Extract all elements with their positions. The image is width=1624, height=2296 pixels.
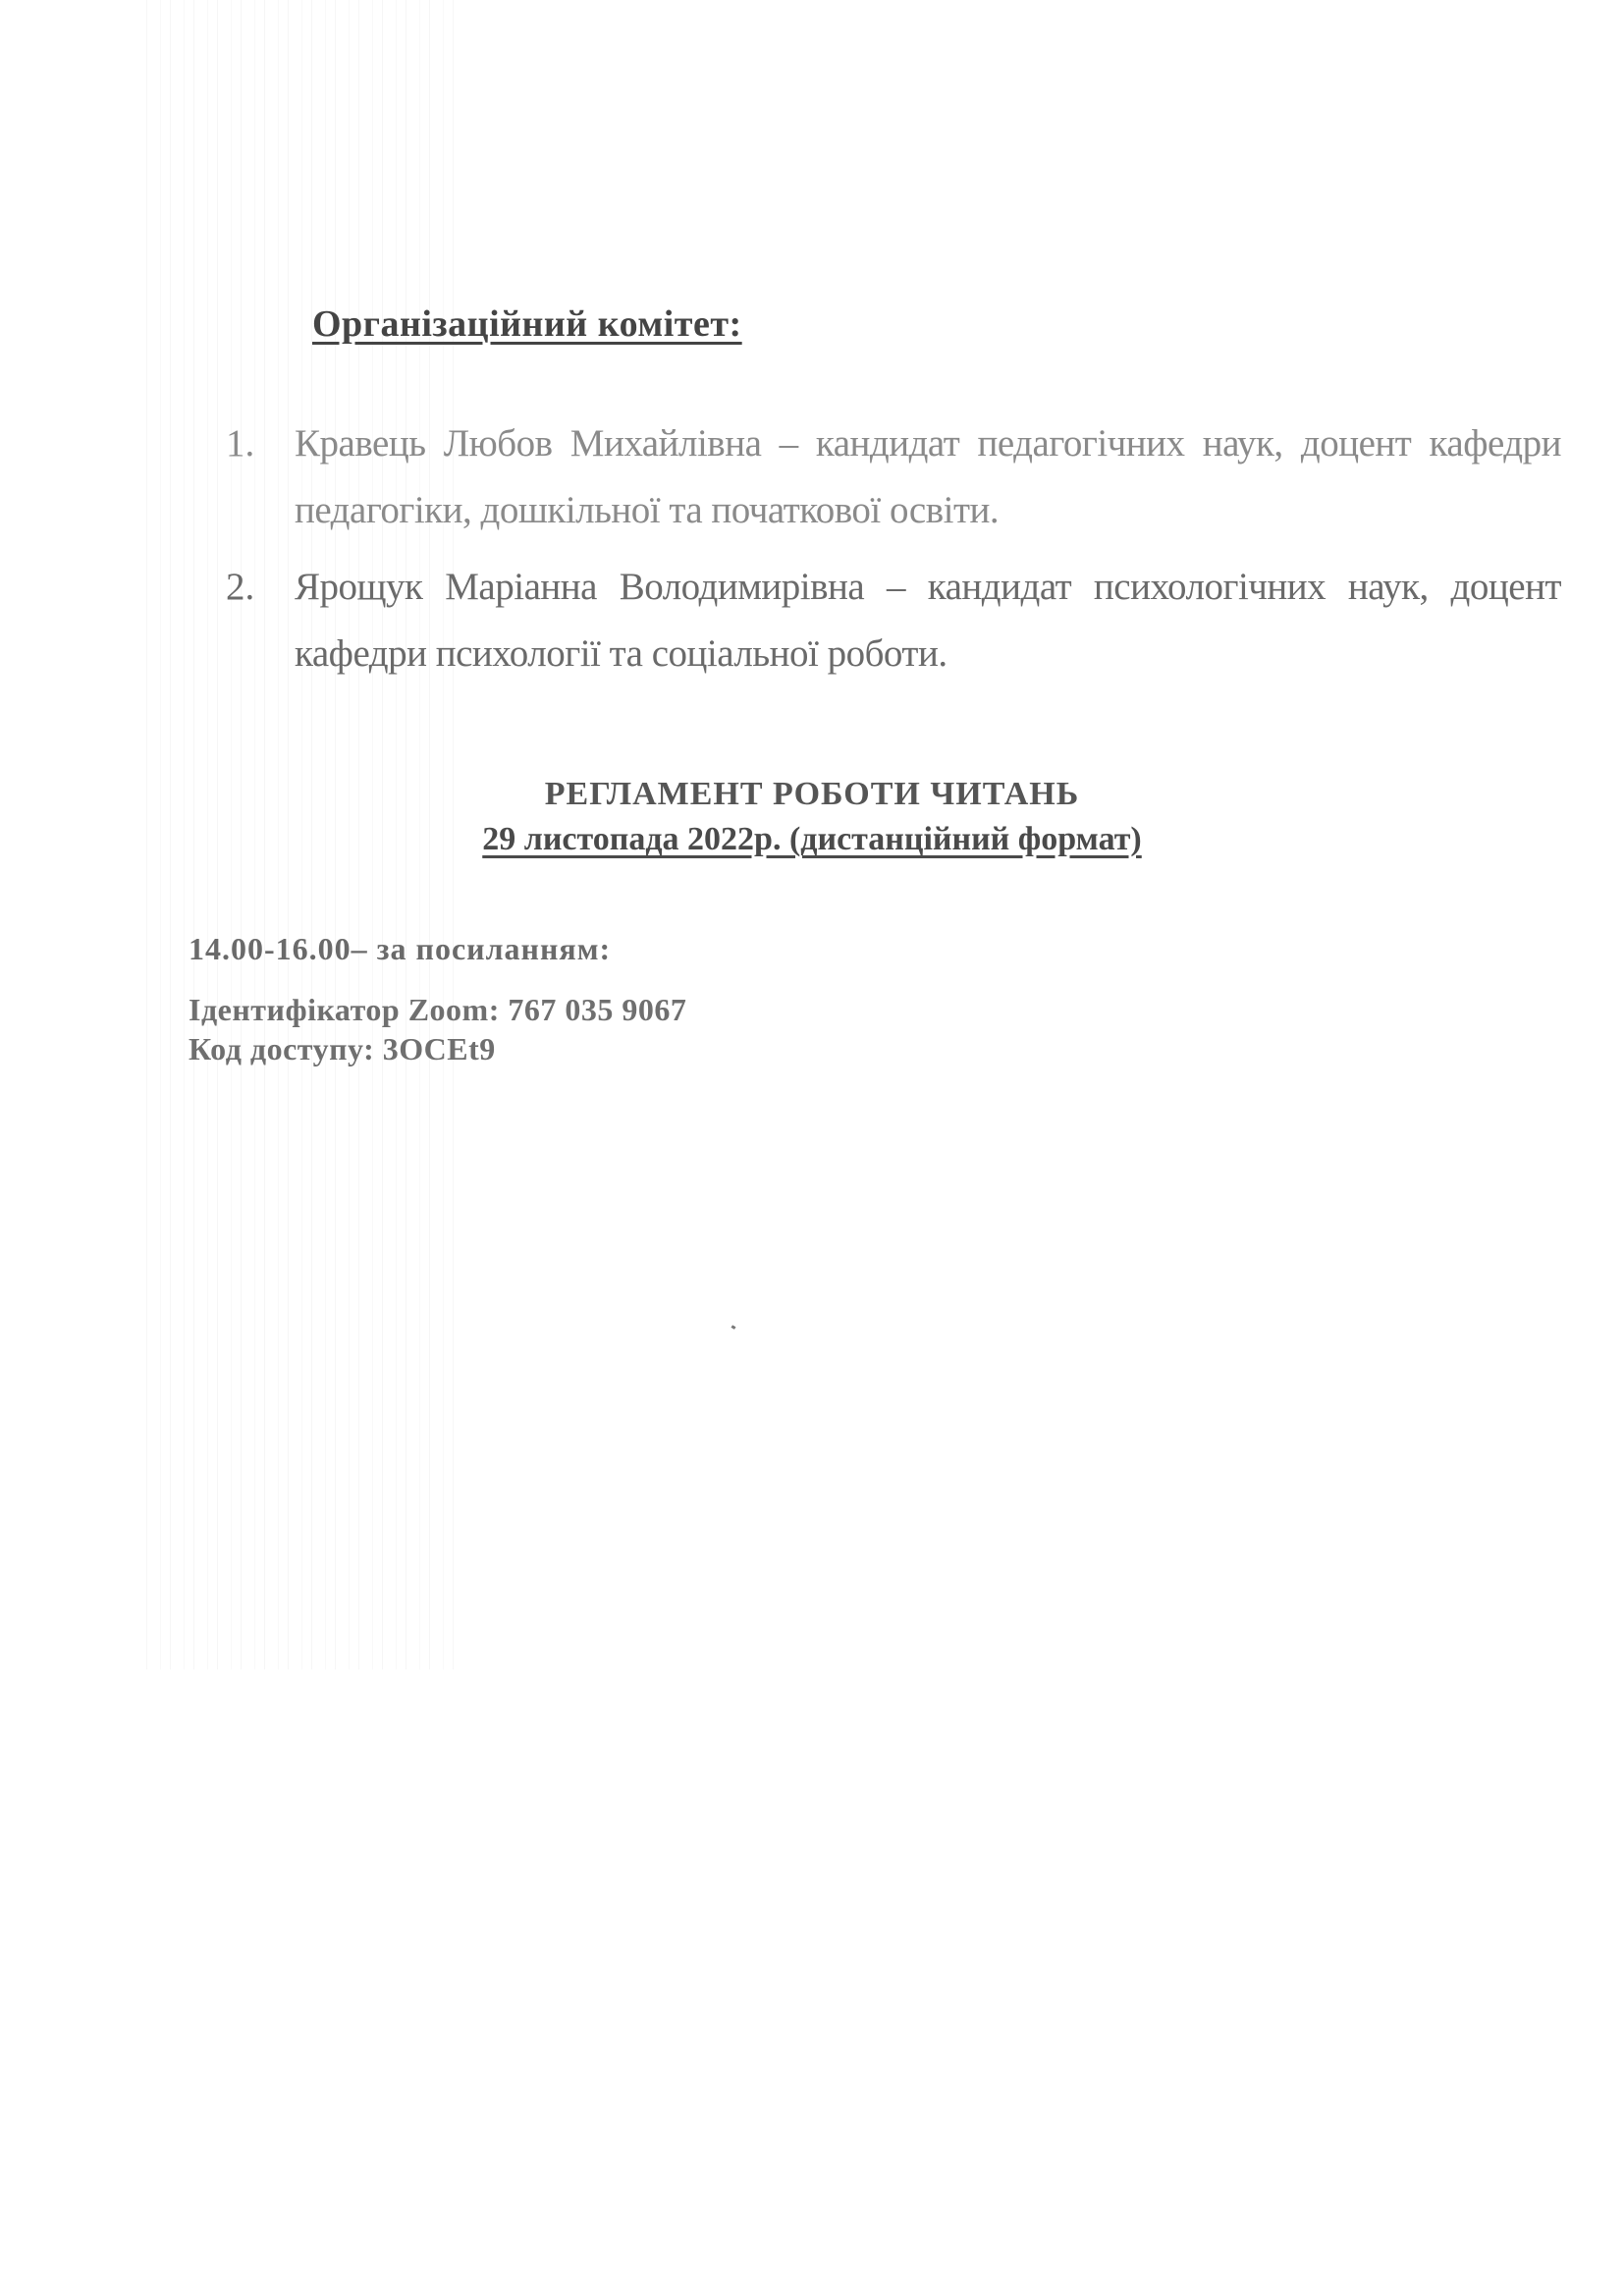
list-item: 2. Ярощук Маріанна Володимирівна – канди… bbox=[226, 554, 1561, 687]
list-item-text: Ярощук Маріанна Володимирівна – кандидат… bbox=[295, 554, 1561, 687]
scan-speck bbox=[731, 1325, 736, 1330]
committee-members-list: 1. Кравець Любов Михайлівна – кандидат п… bbox=[226, 410, 1561, 697]
schedule-heading: РЕГЛАМЕНТ РОБОТИ ЧИТАНЬ bbox=[0, 776, 1624, 813]
list-item: 1. Кравець Любов Михайлівна – кандидат п… bbox=[226, 410, 1561, 544]
list-item-number: 2. bbox=[226, 554, 295, 687]
zoom-meeting-id: Ідентифікатор Zoom: 767 035 9067 bbox=[189, 992, 686, 1028]
session-time: 14.00-16.00– за посиланням: bbox=[189, 931, 611, 967]
list-item-text: Кравець Любов Михайлівна – кандидат педа… bbox=[295, 410, 1561, 544]
schedule-date: 29 листопада 2022р. (дистанційний формат… bbox=[0, 821, 1624, 858]
list-item-number: 1. bbox=[226, 410, 295, 544]
zoom-access-code: Код доступу: 3OCEt9 bbox=[189, 1031, 496, 1067]
committee-heading: Організаційний комітет: bbox=[312, 302, 742, 346]
